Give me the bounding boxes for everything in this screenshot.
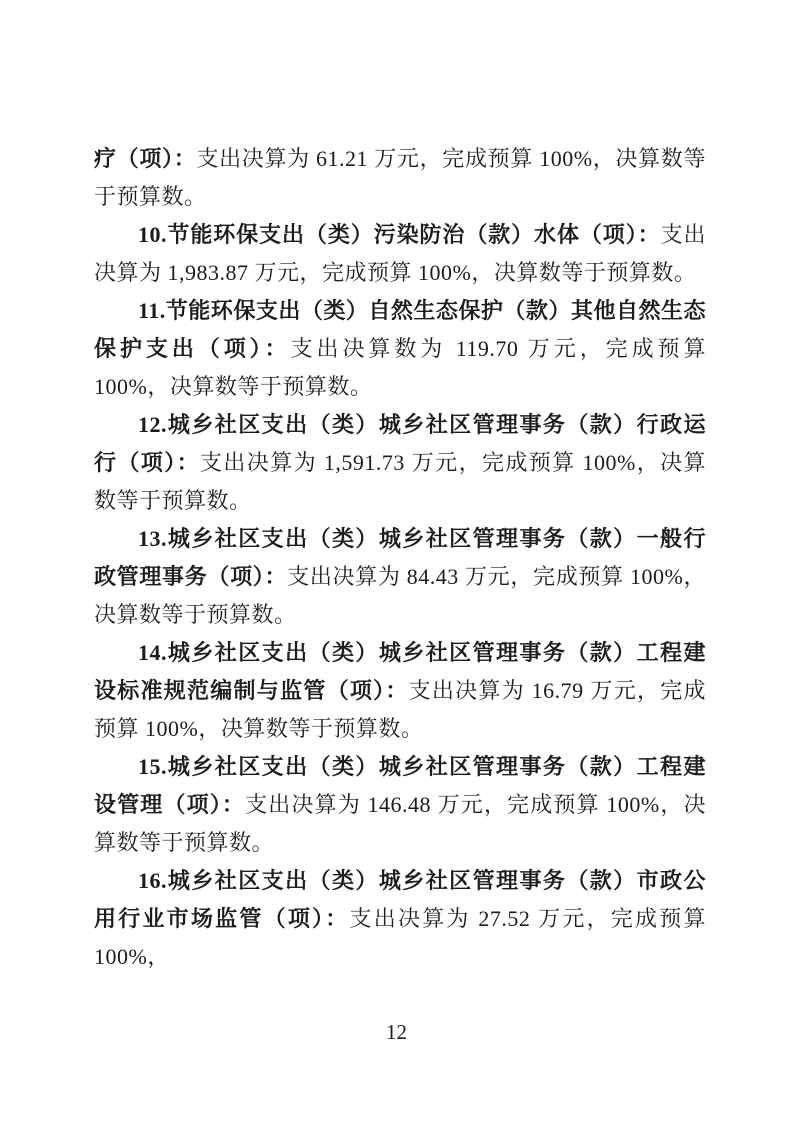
budget-item-heading: 疗（项）： xyxy=(94,146,196,171)
budget-item-9-continuation: 疗（项）：支出决算为 61.21 万元，完成预算 100%，决算数等于预算数。 xyxy=(94,140,706,216)
budget-item-heading: 10.节能环保支出（类）污染防治（款）水体（项）： xyxy=(138,222,661,247)
budget-item-15: 15.城乡社区支出（类）城乡社区管理事务（款）工程建设管理（项）：支出决算为 1… xyxy=(94,748,706,862)
budget-item-12: 12.城乡社区支出（类）城乡社区管理事务（款）行政运行（项）：支出决算为 1,5… xyxy=(94,406,706,520)
page-number: 12 xyxy=(0,1019,793,1045)
budget-item-14: 14.城乡社区支出（类）城乡社区管理事务（款）工程建设标准规范编制与监管（项）：… xyxy=(94,634,706,748)
page-body: 疗（项）：支出决算为 61.21 万元，完成预算 100%，决算数等于预算数。 … xyxy=(94,140,706,976)
budget-item-10: 10.节能环保支出（类）污染防治（款）水体（项）：支出决算为 1,983.87 … xyxy=(94,216,706,292)
budget-item-16: 16.城乡社区支出（类）城乡社区管理事务（款）市政公用行业市场监管（项）：支出决… xyxy=(94,862,706,976)
budget-item-13: 13.城乡社区支出（类）城乡社区管理事务（款）一般行政管理事务（项）：支出决算为… xyxy=(94,520,706,634)
budget-item-11: 11.节能环保支出（类）自然生态保护（款）其他自然生态保护支出（项）：支出决算数… xyxy=(94,292,706,406)
document-page: 疗（项）：支出决算为 61.21 万元，完成预算 100%，决算数等于预算数。 … xyxy=(0,0,793,1122)
